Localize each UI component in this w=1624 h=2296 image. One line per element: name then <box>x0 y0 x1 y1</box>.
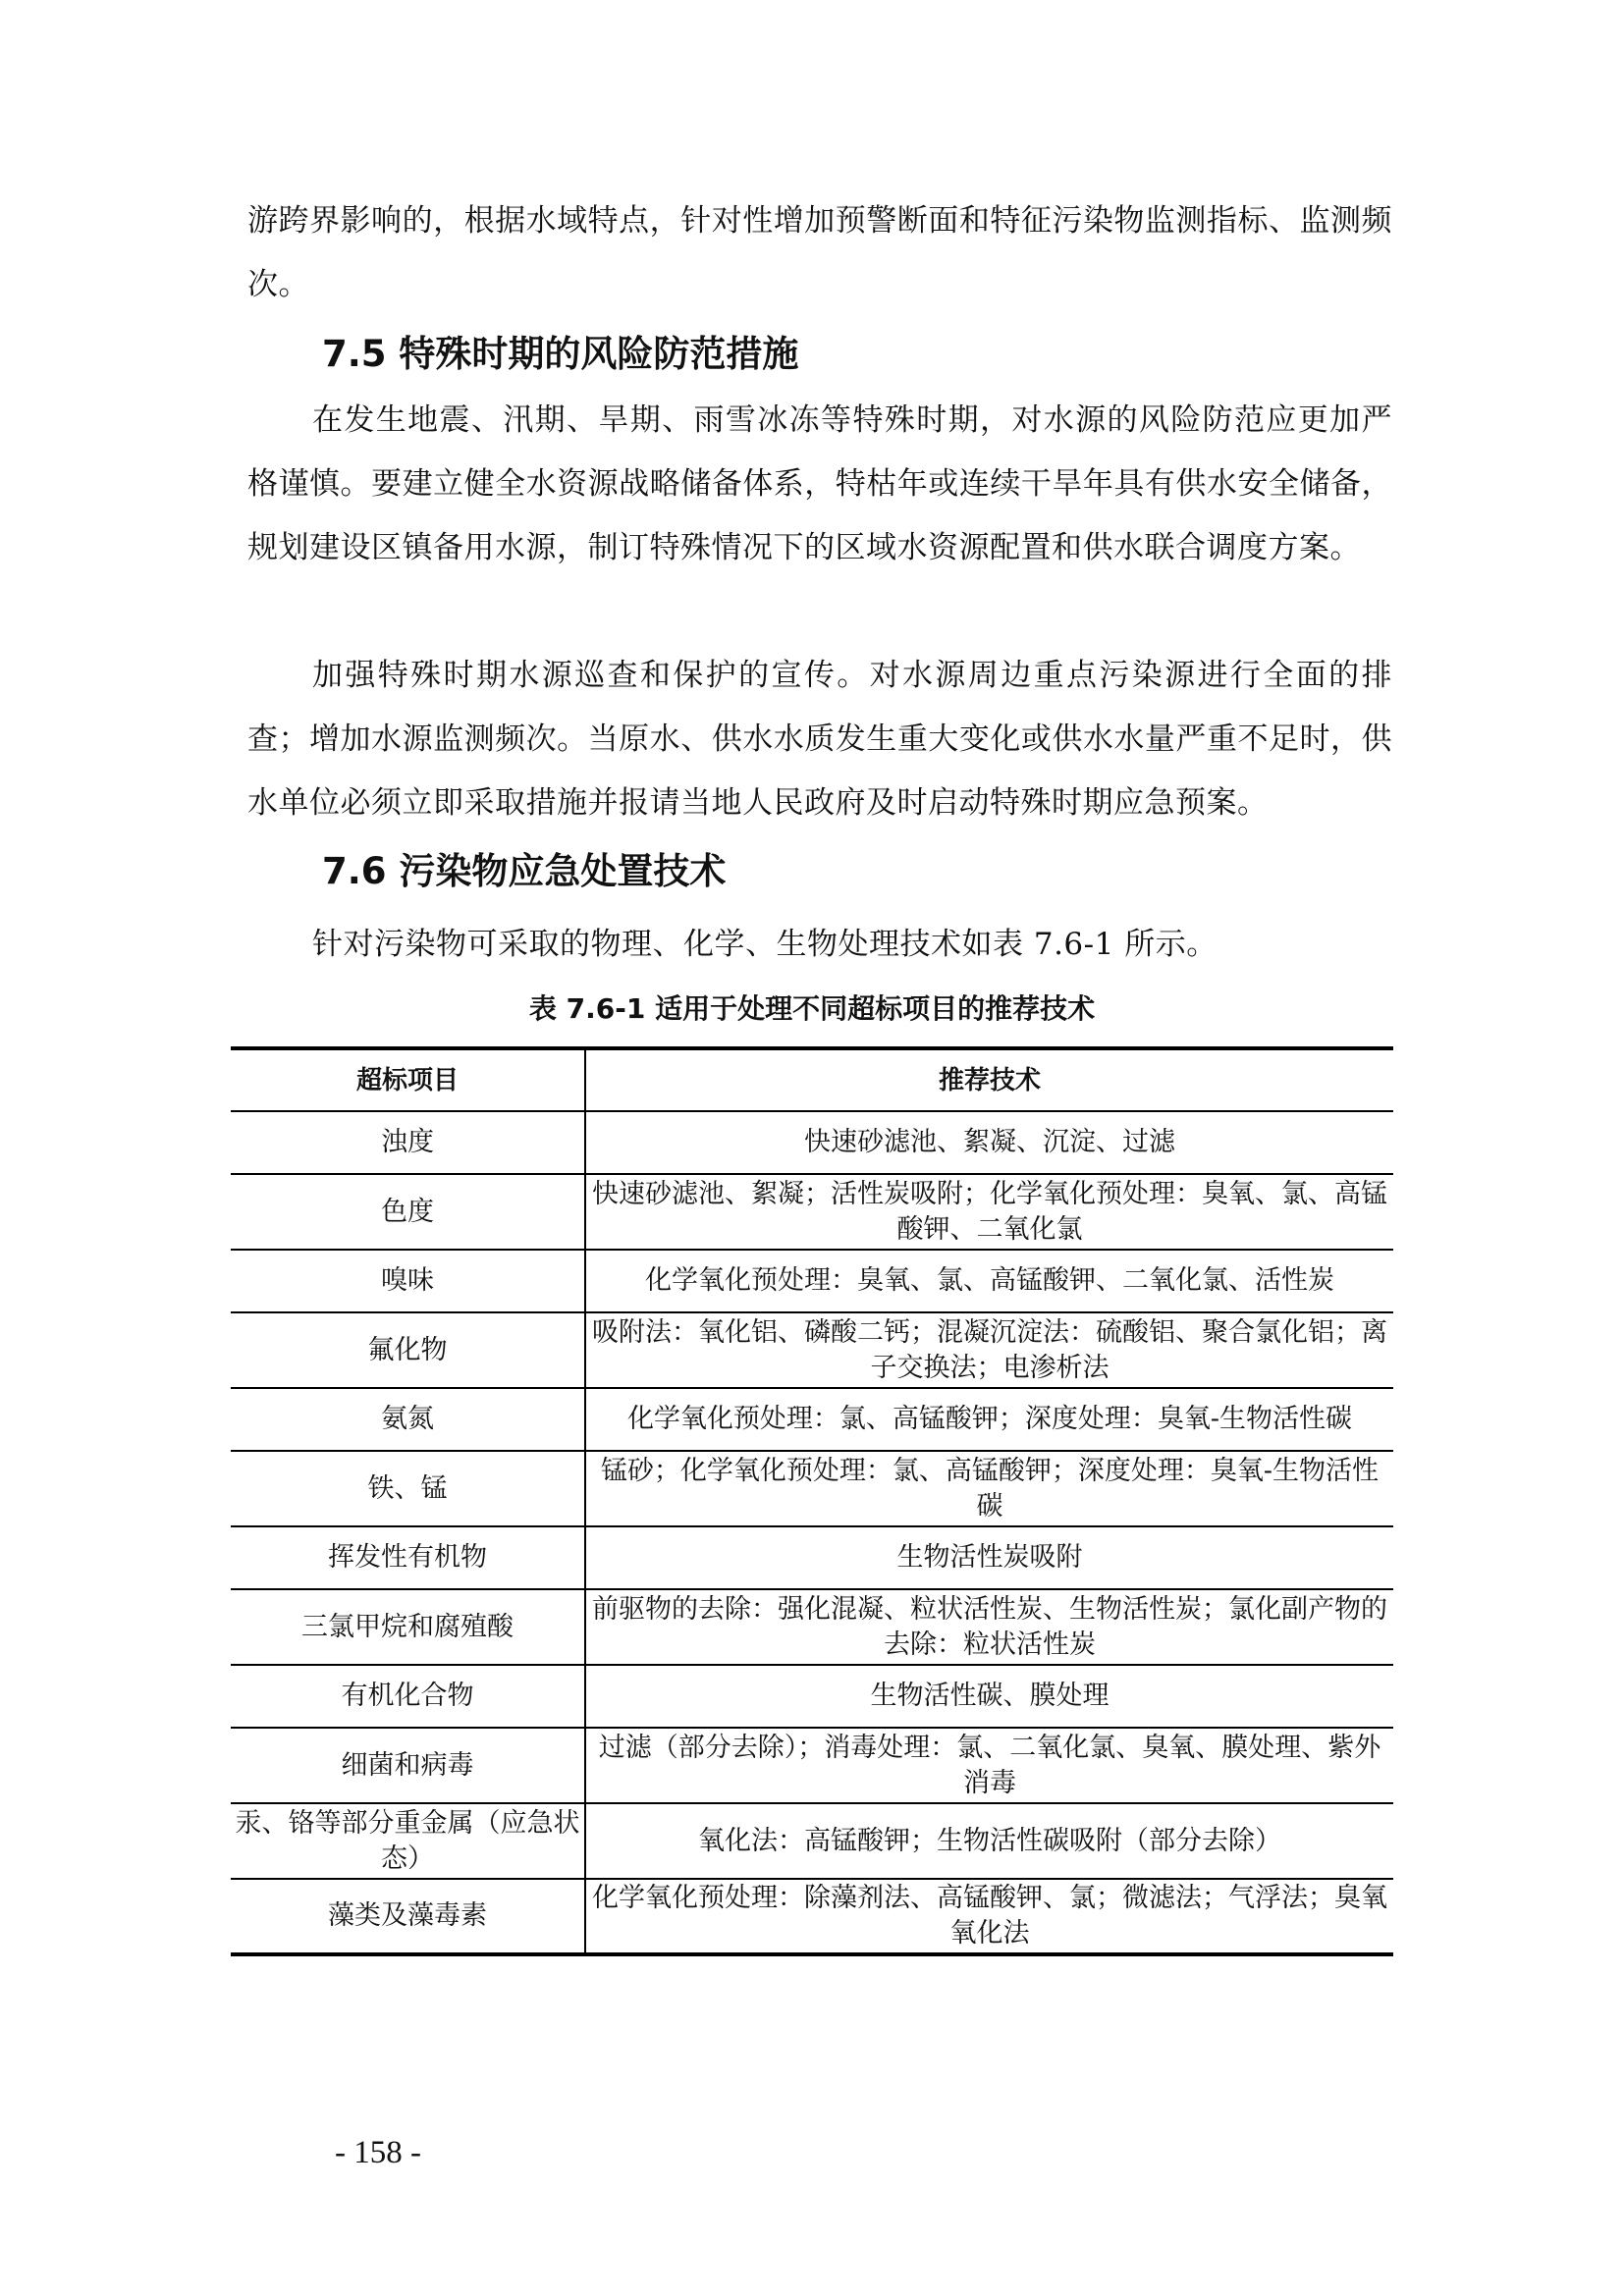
document-page: 游跨界影响的，根据水域特点，针对性增加预警断面和特征污染物监测指标、监测频次。 … <box>0 0 1624 2296</box>
table-caption: 表 7.6-1 适用于处理不同超标项目的推荐技术 <box>231 989 1393 1029</box>
table-row: 三氯甲烷和腐殖酸 前驱物的去除：强化混凝、粒状活性炭、生物活性炭；氯化副产物的去… <box>231 1589 1393 1665</box>
table-header-row: 超标项目 推荐技术 <box>231 1048 1393 1111</box>
cell-technology: 快速砂滤池、絮凝；活性炭吸附；化学氧化预处理：臭氧、氯、高锰酸钾、二氧化氯 <box>585 1174 1393 1250</box>
cell-item: 氨氮 <box>231 1388 585 1451</box>
paragraph-table-intro: 针对污染物可采取的物理、化学、生物处理技术如表 7.6-1 所示。 <box>247 913 1392 977</box>
cell-item: 嗅味 <box>231 1250 585 1312</box>
cell-item: 铁、锰 <box>231 1451 585 1526</box>
paragraph-special-periods: 在发生地震、汛期、旱期、雨雪冰冻等特殊时期，对水源的风险防范应更加严格谨慎。要建… <box>247 389 1392 580</box>
cell-item: 汞、铬等部分重金属（应急状态） <box>231 1803 585 1879</box>
table-row: 嗅味 化学氧化预处理：臭氧、氯、高锰酸钾、二氧化氯、活性炭 <box>231 1250 1393 1312</box>
table-row: 氨氮 化学氧化预处理：氯、高锰酸钾；深度处理：臭氧-生物活性碳 <box>231 1388 1393 1451</box>
recommended-technology-table: 超标项目 推荐技术 浊度 快速砂滤池、絮凝、沉淀、过滤 色度 快速砂滤池、絮凝；… <box>231 1046 1393 1956</box>
cell-technology: 生物活性碳、膜处理 <box>585 1665 1393 1728</box>
cell-technology: 化学氧化预处理：除藻剂法、高锰酸钾、氯；微滤法；气浮法；臭氧氧化法 <box>585 1879 1393 1954</box>
table-row: 细菌和病毒 过滤（部分去除）；消毒处理：氯、二氧化氯、臭氧、膜处理、紫外消毒 <box>231 1728 1393 1803</box>
cell-item: 挥发性有机物 <box>231 1526 585 1589</box>
cell-item: 色度 <box>231 1174 585 1250</box>
table-row: 挥发性有机物 生物活性炭吸附 <box>231 1526 1393 1589</box>
table-row: 浊度 快速砂滤池、絮凝、沉淀、过滤 <box>231 1111 1393 1174</box>
cell-technology: 氧化法：高锰酸钾；生物活性碳吸附（部分去除） <box>585 1803 1393 1879</box>
cell-technology: 快速砂滤池、絮凝、沉淀、过滤 <box>585 1111 1393 1174</box>
paragraph-inspection: 加强特殊时期水源巡查和保护的宣传。对水源周边重点污染源进行全面的排查；增加水源监… <box>247 644 1392 835</box>
column-header-technology: 推荐技术 <box>585 1048 1393 1111</box>
table-row: 汞、铬等部分重金属（应急状态） 氧化法：高锰酸钾；生物活性碳吸附（部分去除） <box>231 1803 1393 1879</box>
cell-item: 浊度 <box>231 1111 585 1174</box>
cell-item: 有机化合物 <box>231 1665 585 1728</box>
cell-technology: 锰砂；化学氧化预处理：氯、高锰酸钾；深度处理：臭氧-生物活性碳 <box>585 1451 1393 1526</box>
cell-item: 细菌和病毒 <box>231 1728 585 1803</box>
cell-item: 藻类及藻毒素 <box>231 1879 585 1954</box>
cell-technology: 化学氧化预处理：臭氧、氯、高锰酸钾、二氧化氯、活性炭 <box>585 1250 1393 1312</box>
table-row: 氟化物 吸附法：氧化铝、磷酸二钙；混凝沉淀法：硫酸铝、聚合氯化铝；离子交换法；电… <box>231 1312 1393 1388</box>
page-number: - 158 - <box>0 2135 756 2171</box>
table-row: 铁、锰 锰砂；化学氧化预处理：氯、高锰酸钾；深度处理：臭氧-生物活性碳 <box>231 1451 1393 1526</box>
cell-technology: 前驱物的去除：强化混凝、粒状活性炭、生物活性炭；氯化副产物的去除：粒状活性炭 <box>585 1589 1393 1665</box>
paragraph-continuation: 游跨界影响的，根据水域特点，针对性增加预警断面和特征污染物监测指标、监测频次。 <box>247 189 1392 317</box>
cell-technology: 吸附法：氧化铝、磷酸二钙；混凝沉淀法：硫酸铝、聚合氯化铝；离子交换法；电渗析法 <box>585 1312 1393 1388</box>
cell-item: 氟化物 <box>231 1312 585 1388</box>
section-heading-7-5: 7.5 特殊时期的风险防范措施 <box>322 330 798 379</box>
cell-technology: 化学氧化预处理：氯、高锰酸钾；深度处理：臭氧-生物活性碳 <box>585 1388 1393 1451</box>
table-row: 有机化合物 生物活性碳、膜处理 <box>231 1665 1393 1728</box>
cell-technology: 过滤（部分去除）；消毒处理：氯、二氧化氯、臭氧、膜处理、紫外消毒 <box>585 1728 1393 1803</box>
table-row: 藻类及藻毒素 化学氧化预处理：除藻剂法、高锰酸钾、氯；微滤法；气浮法；臭氧氧化法 <box>231 1879 1393 1954</box>
cell-item: 三氯甲烷和腐殖酸 <box>231 1589 585 1665</box>
section-heading-7-6: 7.6 污染物应急处置技术 <box>322 847 726 896</box>
table-row: 色度 快速砂滤池、絮凝；活性炭吸附；化学氧化预处理：臭氧、氯、高锰酸钾、二氧化氯 <box>231 1174 1393 1250</box>
cell-technology: 生物活性炭吸附 <box>585 1526 1393 1589</box>
column-header-item: 超标项目 <box>231 1048 585 1111</box>
